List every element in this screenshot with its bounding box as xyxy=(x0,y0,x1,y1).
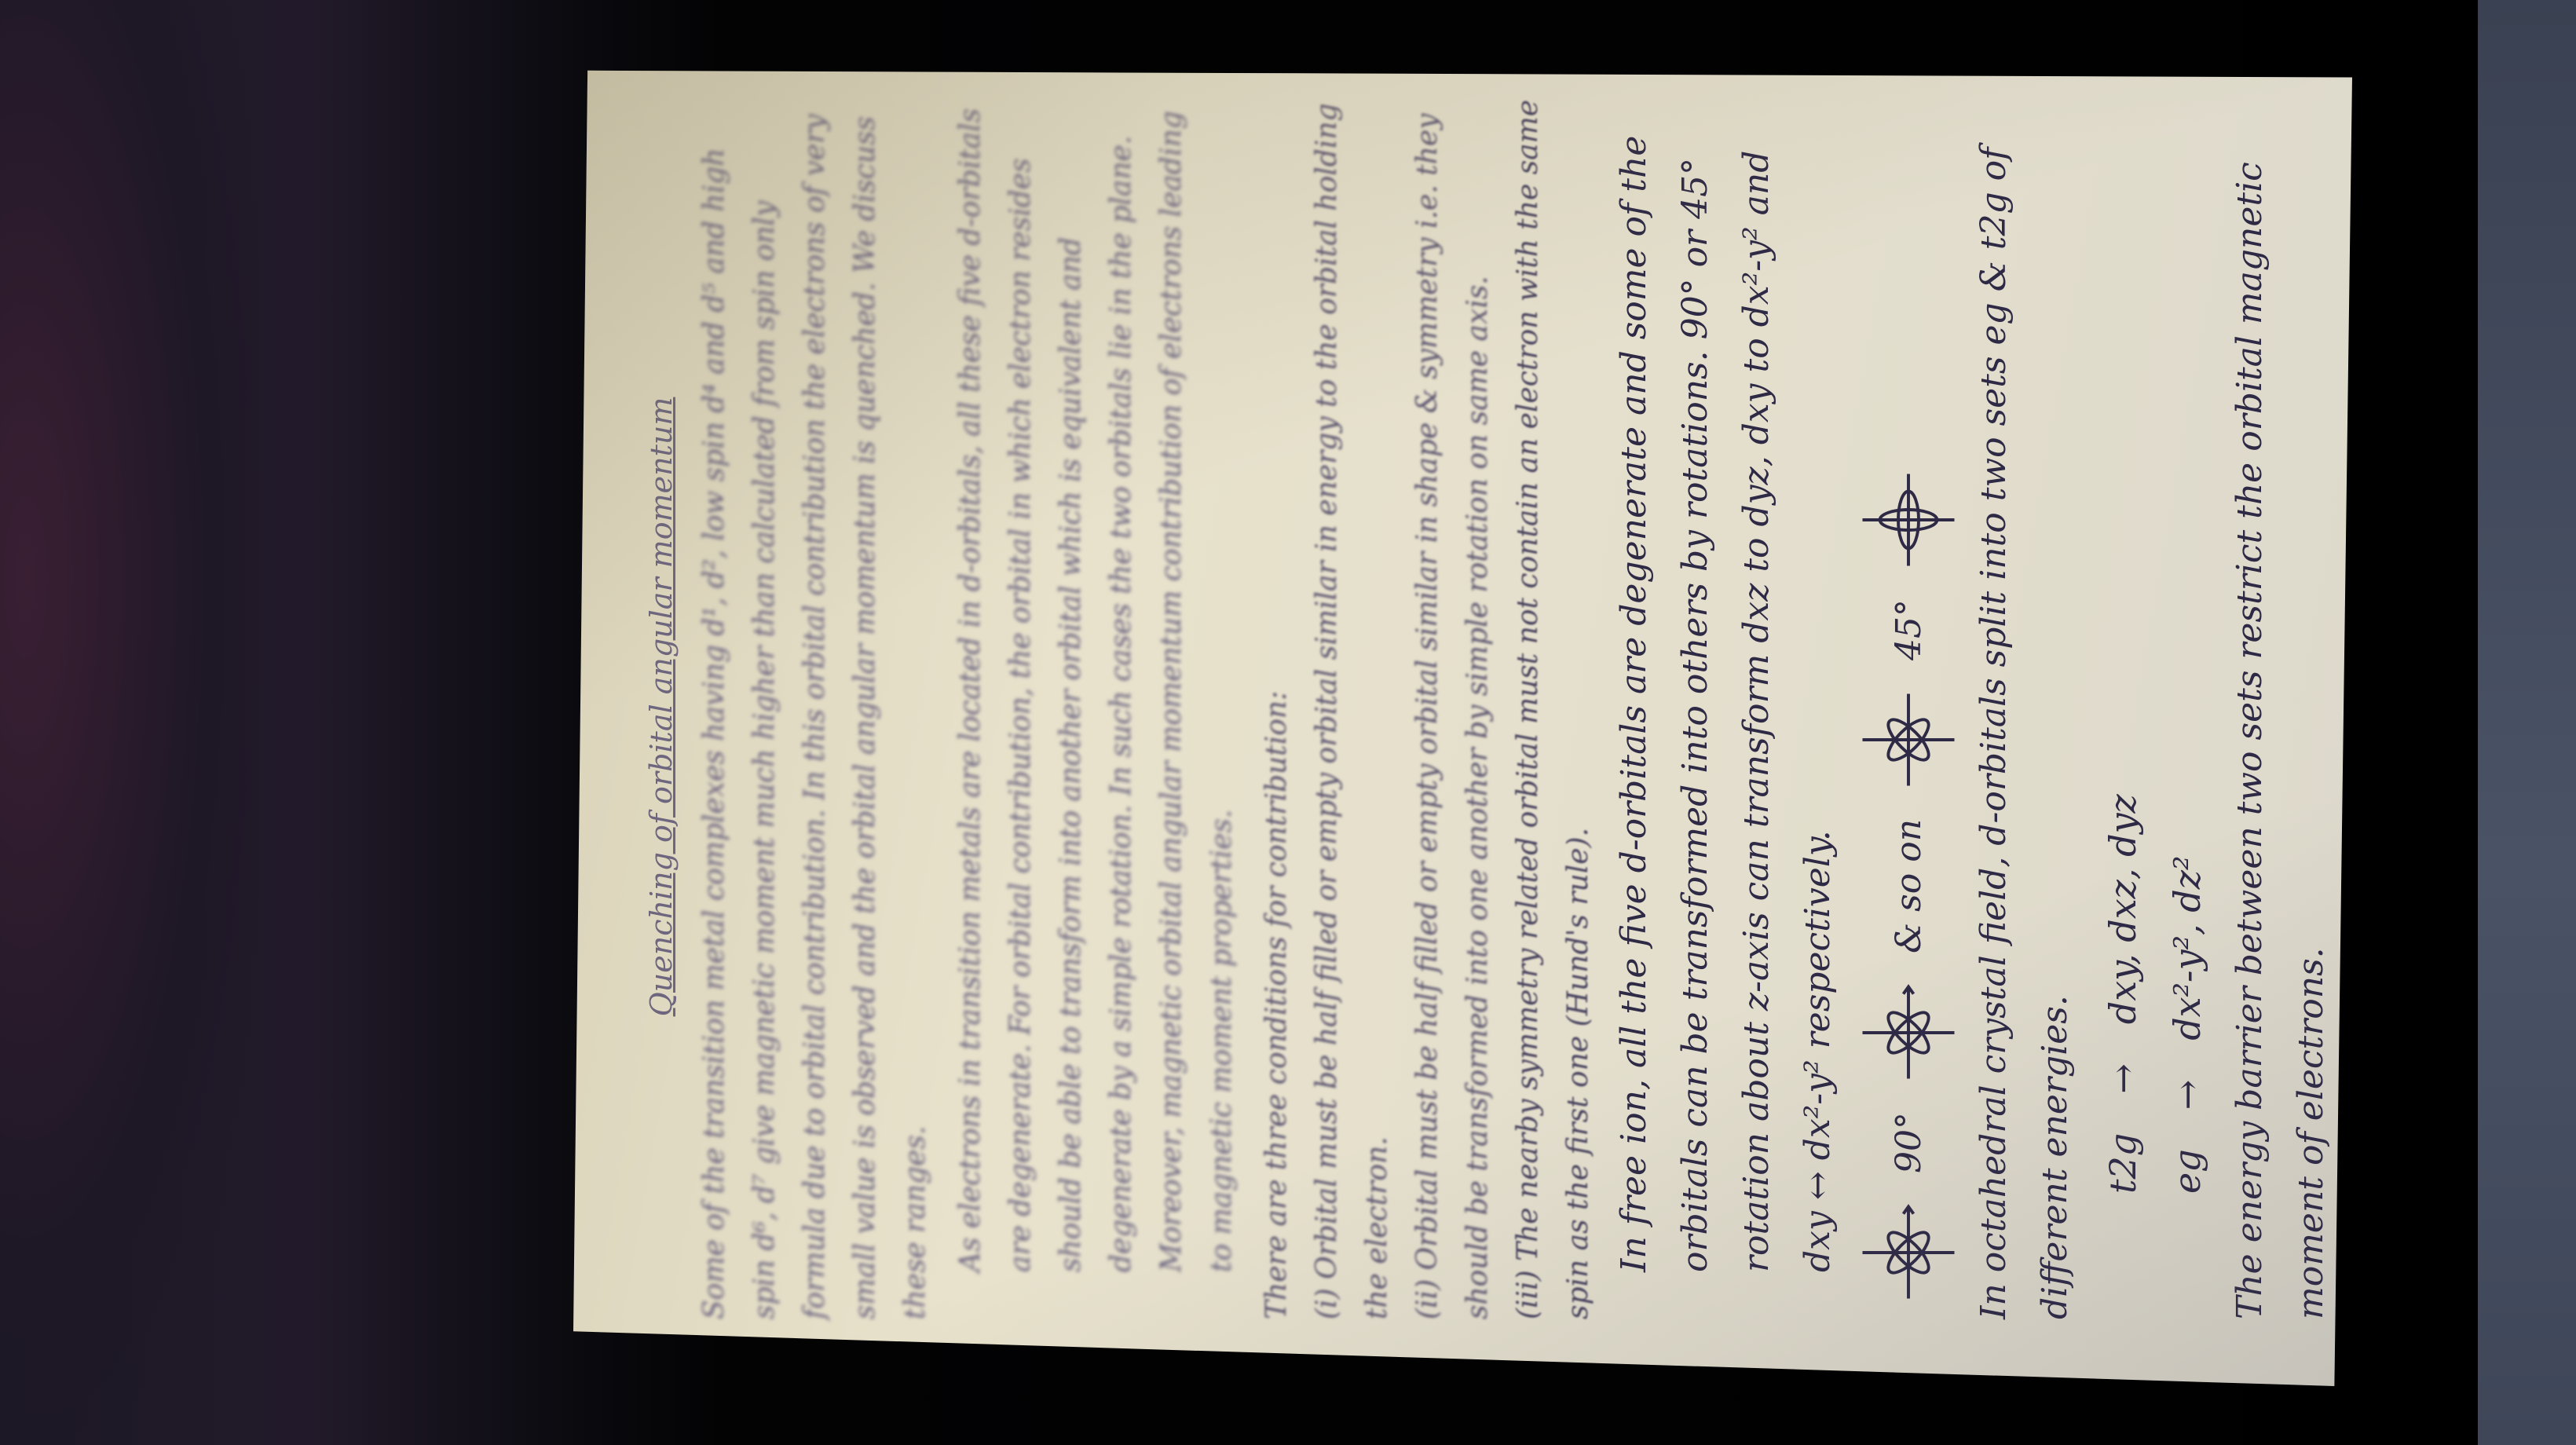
handwritten-notes: Quenching of orbital angular momentum So… xyxy=(620,94,2317,1319)
octahedral-paragraph: In octahedral crystal field, d-orbitals … xyxy=(1963,94,2086,1319)
free-ion-paragraph: In free ion, all the five d-orbitals are… xyxy=(1604,94,1849,1319)
paragraph-degenerate-orbitals: As electrons in transition metals are lo… xyxy=(946,94,1247,1319)
document-title: Quenching of orbital angular momentum xyxy=(644,94,679,1319)
d-orbital-cloverleaf-icon xyxy=(1857,689,1959,791)
rotation-angle-label: 90° xyxy=(1889,1112,1929,1173)
rotation-angle-label: 45° xyxy=(1889,599,1929,660)
condition-marker: (ii) xyxy=(1411,1279,1444,1319)
condition-text: Orbital must be half filled or empty orb… xyxy=(1311,103,1393,1319)
and-so-on-label: & so on xyxy=(1889,819,1929,953)
condition-text: Orbital must be half filled or empty orb… xyxy=(1411,113,1494,1319)
orbital-set-members: dxy, dxz, dyz xyxy=(2091,794,2155,1024)
background-surface xyxy=(2478,0,2576,1445)
condition-marker: (i) xyxy=(1311,1288,1343,1319)
condition-item: (ii) Orbital must be half filled or empt… xyxy=(1403,94,1503,1319)
condition-item: (iii) The nearby symmetry related orbita… xyxy=(1503,94,1604,1319)
arrow-right-icon: → xyxy=(2155,1080,2219,1110)
condition-item: (i) Orbital must be half filled or empty… xyxy=(1302,94,1403,1319)
conditions-intro: There are three conditions for contribut… xyxy=(1252,94,1302,1319)
background-fabric xyxy=(0,0,259,1445)
d-orbital-cloverleaf-icon xyxy=(1857,1202,1959,1304)
d-orbital-axial-icon xyxy=(1857,469,1959,571)
arrow-right-icon: → xyxy=(2091,1063,2155,1094)
splitting-row: t2g → dxy, dxz, dyz xyxy=(2091,94,2155,1319)
orbital-set-members: dx²-y², dz² xyxy=(2155,856,2219,1041)
condition-text: The nearby symmetry related orbital must… xyxy=(1512,100,1594,1319)
orbital-set-label: eg xyxy=(2155,1149,2219,1194)
closing-paragraph: The energy barrier between two sets rest… xyxy=(2219,94,2342,1319)
intro-paragraph: Some of the transition metal complexes h… xyxy=(690,94,941,1319)
d-orbital-cloverleaf-icon xyxy=(1857,982,1959,1084)
condition-marker: (iii) xyxy=(1512,1270,1544,1319)
orbital-set-label: t2g xyxy=(2091,1133,2155,1194)
orbital-diagrams: 90° & so on 45° xyxy=(1853,94,1963,1319)
splitting-row: eg → dx²-y², dz² xyxy=(2155,94,2219,1319)
